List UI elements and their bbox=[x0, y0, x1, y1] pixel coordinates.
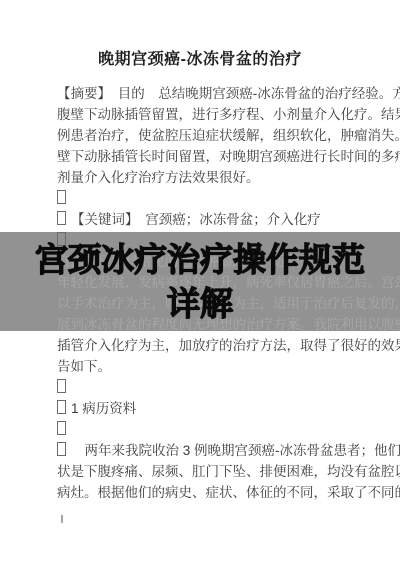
overlay-banner-title[interactable]: 宫颈冰疗治疗操作规范 详解 bbox=[0, 232, 400, 331]
text-line: 插管介入化疗为主，加放疗的治疗方法，取得了很好的效果，现报 bbox=[57, 335, 349, 356]
text-line: 告如下。 bbox=[57, 356, 349, 377]
text-line: 剂量介入化疗治疗方法效果很好。 bbox=[57, 167, 349, 188]
overlay-banner-title-line2: 详解 bbox=[167, 282, 233, 326]
text-line: 两年来我院收治 3 例晚期宫颈癌-冰冻骨盆患者；他们的共同症 bbox=[57, 440, 349, 461]
text-line bbox=[57, 377, 349, 398]
overlay-banner-title-line1: 宫颈冰疗治疗操作规范 bbox=[35, 238, 365, 282]
section-heading-label: 1 病历资料 bbox=[71, 401, 136, 416]
keywords-label: 【关键词】 宫颈癌；冰冻骨盆；介入化疗 bbox=[71, 212, 321, 227]
page-title: 晚期宫颈癌-冰冻骨盆的治疗 bbox=[0, 46, 400, 69]
missing-glyph-box bbox=[57, 190, 66, 204]
text-line-label: 两年来我院收治 3 例晚期宫颈癌-冰冻骨盆患者；他们的共同症 bbox=[71, 443, 400, 458]
missing-glyph-box bbox=[57, 442, 66, 456]
missing-glyph-box bbox=[57, 211, 66, 225]
document-page: 晚期宫颈癌-冰冻骨盆的治疗 【摘要】 目的 总结晚期宫颈癌-冰冻骨盆的治疗经验。… bbox=[0, 0, 400, 566]
text-line: 例患者治疗，使盆腔压迫症状缓解，组织软化，肿瘤消失。结论 腹 bbox=[57, 125, 349, 146]
keywords-line: 【关键词】 宫颈癌；冰冻骨盆；介入化疗 bbox=[57, 209, 349, 230]
text-line: 状是下腹疼痛、尿频、肛门下坠、排便困难，均没有盆腔以外转移 bbox=[57, 461, 349, 482]
text-line: 壁下动脉插管长时间留置，对晚期宫颈癌进行长时间的多疗程、小 bbox=[57, 146, 349, 167]
text-line bbox=[57, 419, 349, 440]
text-line bbox=[57, 188, 349, 209]
text-line: 【摘要】 目的 总结晚期宫颈癌-冰冻骨盆的治疗经验。方法 利用 bbox=[57, 83, 349, 104]
missing-glyph-box bbox=[57, 379, 66, 393]
missing-glyph-box bbox=[57, 400, 66, 414]
text-line: 腹壁下动脉插管留置，进行多疗程、小剂量介入化疗。结果 通过 3 bbox=[57, 104, 349, 125]
text-line: 病灶。根据他们的病史、症状、体征的不同，采取了不同的放疗方 bbox=[57, 482, 349, 503]
missing-glyph-box bbox=[57, 421, 66, 435]
text-cursor bbox=[61, 515, 63, 523]
section-heading: 1 病历资料 bbox=[57, 398, 349, 419]
